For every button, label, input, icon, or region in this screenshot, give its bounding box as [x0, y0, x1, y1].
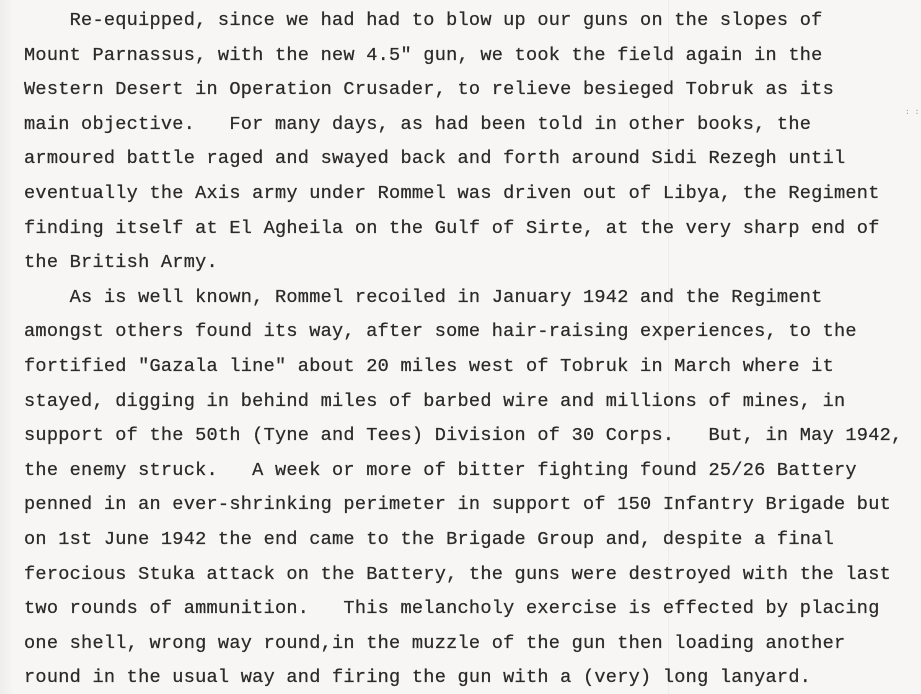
- text-line: the enemy struck. A week or more of bitt…: [24, 454, 904, 489]
- text-line: eventually the Axis army under Rommel wa…: [24, 177, 904, 212]
- text-line: two rounds of ammunition. This melanchol…: [24, 592, 904, 627]
- text-line: fortified "Gazala line" about 20 miles w…: [24, 350, 904, 385]
- paragraph-1: Re-equipped, since we had had to blow up…: [24, 4, 904, 281]
- text-line: main objective. For many days, as had be…: [24, 108, 904, 143]
- text-line: support of the 50th (Tyne and Tees) Divi…: [24, 419, 904, 454]
- text-line: on 1st June 1942 the end came to the Bri…: [24, 523, 904, 558]
- document-body: Re-equipped, since we had had to blow up…: [24, 4, 904, 694]
- text-line: stayed, digging in behind miles of barbe…: [24, 385, 904, 420]
- paper-speck-mark: : :: [905, 110, 911, 118]
- text-line: one shell, wrong way round,in the muzzle…: [24, 627, 904, 662]
- text-line: ferocious Stuka attack on the Battery, t…: [24, 558, 904, 593]
- text-line: round in the usual way and firing the gu…: [24, 661, 904, 694]
- paragraph-2: As is well known, Rommel recoiled in Jan…: [24, 281, 904, 694]
- text-line: As is well known, Rommel recoiled in Jan…: [24, 281, 904, 316]
- text-line: Western Desert in Operation Crusader, to…: [24, 73, 904, 108]
- text-line: amongst others found its way, after some…: [24, 315, 904, 350]
- text-line: Re-equipped, since we had had to blow up…: [24, 4, 904, 39]
- typewritten-page: : : Re-equipped, since we had had to blo…: [0, 0, 921, 694]
- text-line: the British Army.: [24, 246, 904, 281]
- text-line: penned in an ever-shrinking perimeter in…: [24, 488, 904, 523]
- text-line: finding itself at El Agheila on the Gulf…: [24, 212, 904, 247]
- text-line: Mount Parnassus, with the new 4.5" gun, …: [24, 39, 904, 74]
- text-line: armoured battle raged and swayed back an…: [24, 142, 904, 177]
